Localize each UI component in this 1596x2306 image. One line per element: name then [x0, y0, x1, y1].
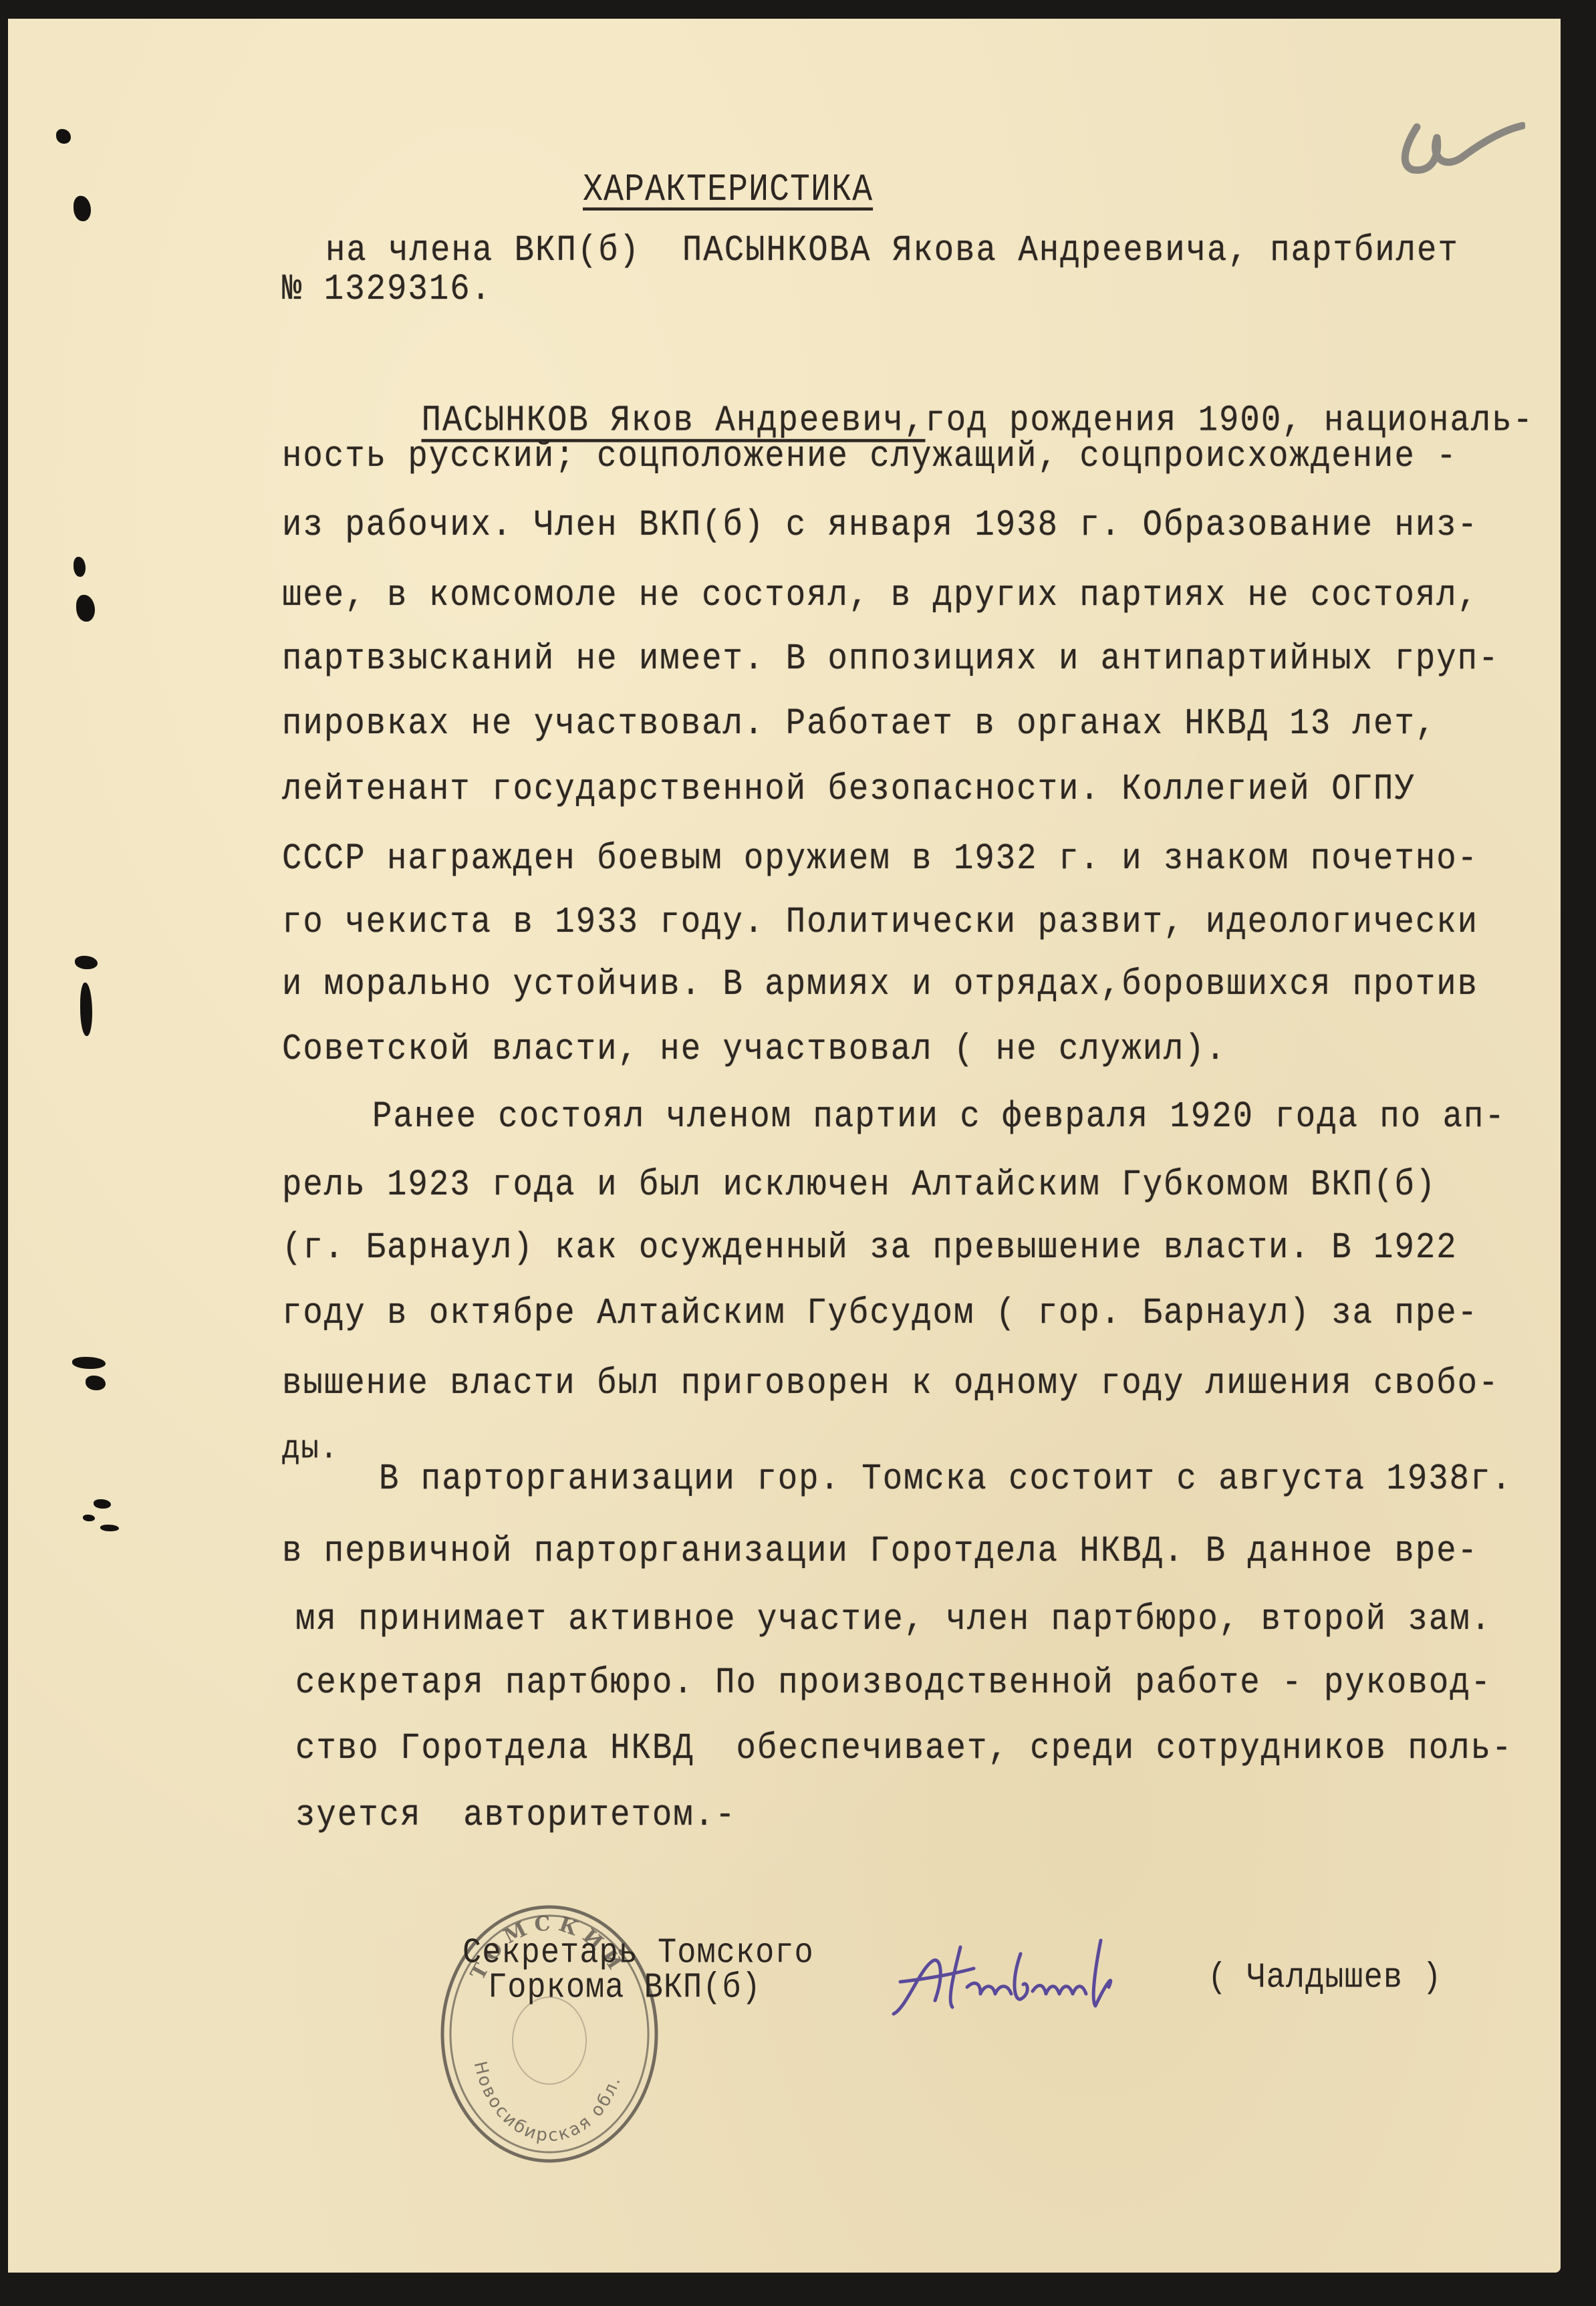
folio-number-handwritten: [1398, 106, 1525, 179]
paragraph-line: году в октябре Алтайским Губсудом ( гор.…: [282, 1292, 1478, 1334]
binding-hole: [86, 1376, 106, 1390]
binding-hole: [74, 196, 91, 221]
binding-hole: [72, 1357, 106, 1369]
binding-hole: [75, 956, 98, 969]
binding-hole: [80, 983, 92, 1036]
binding-hole: [74, 557, 86, 577]
binding-hole: [100, 1525, 119, 1531]
subject-line: на члена ВКП(б) ПАСЫНКОВА Якова Андрееви…: [325, 229, 1459, 271]
paragraph-line: пировках не участвовал. Работает в орган…: [282, 702, 1436, 745]
paragraph-line: партвзысканий не имеет. В оппозициях и а…: [282, 638, 1499, 680]
paragraph-line: лейтенант государственной безопасности. …: [282, 768, 1416, 810]
paragraph-line: вышение власти был приговорен к одному г…: [282, 1362, 1499, 1404]
document-title: ХАРАКТЕРИСТИКА: [583, 168, 873, 213]
binding-hole: [83, 1515, 95, 1521]
svg-text:Новосибирская обл.: Новосибирская обл.: [470, 2059, 626, 2146]
binding-hole: [76, 595, 95, 622]
paragraph-line: и морально устойчив. В армиях и отрядах,…: [282, 963, 1478, 1005]
paragraph-line: из рабочих. Член ВКП(б) с января 1938 г.…: [282, 504, 1478, 546]
paragraph-line: Ранее состоял членом партии с февраля 19…: [372, 1096, 1506, 1138]
paragraph-line: ность русский; соцположение служащий, со…: [282, 435, 1458, 477]
paragraph-line: СССР награжден боевым оружием в 1932 г. …: [282, 838, 1478, 880]
paragraph-line: зуется авторитетом.-: [295, 1794, 737, 1836]
binding-hole: [94, 1499, 111, 1509]
subject-line: № 1329316.: [282, 268, 492, 310]
paragraph-line: го чекиста в 1933 году. Политически разв…: [282, 901, 1478, 943]
paragraph-line: мя принимает активное участие, член парт…: [295, 1598, 1492, 1640]
paragraph-line: секретаря партбюро. По производственной …: [295, 1662, 1492, 1704]
signatory-name: ( Чалдышев ): [1208, 1958, 1442, 1998]
paragraph-line: (г. Барнаул) как осужденный за превышени…: [282, 1227, 1458, 1269]
paragraph-line: ство Горотдела НКВД обеспечивает, среди …: [295, 1727, 1512, 1769]
document-page: ХАРАКТЕРИСТИКА на члена ВКП(б) ПАСЫНКОВА…: [8, 19, 1561, 2273]
paragraph-line: шее, в комсомоле не состоял, в других па…: [282, 574, 1478, 616]
paragraph-line: ды.: [282, 1430, 339, 1468]
signatory-position: Горкома ВКП(б): [488, 1968, 761, 2008]
signatory-position: Секретарь Томского: [462, 1934, 814, 1973]
binding-hole: [56, 129, 71, 144]
paragraph-line: в первичной парторганизации Горотдела НК…: [282, 1530, 1478, 1572]
paragraph-line: Советской власти, не участвовал ( не слу…: [282, 1028, 1226, 1070]
paragraph-line: рель 1923 года и был исключен Алтайским …: [282, 1164, 1436, 1206]
handwritten-signature: [880, 1927, 1241, 2021]
paragraph-line: В парторганизации гор. Томска состоит с …: [379, 1458, 1512, 1500]
